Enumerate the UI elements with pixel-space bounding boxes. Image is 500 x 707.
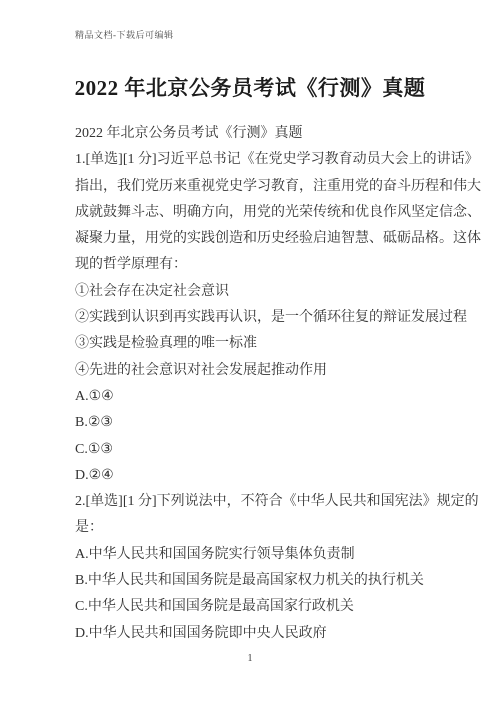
question-2-option-b: B.中华人民共和国国务院是最高国家权力机关的执行机关 [75, 568, 431, 594]
question-2-option-d: D.中华人民共和国国务院即中央人民政府 [75, 621, 431, 647]
question-1-stem-line: 成就鼓舞斗志、明确方向，用党的光荣传统和优良作风坚定信念、 [75, 200, 431, 226]
page-number: 1 [0, 653, 500, 664]
question-1-stem-line: 凝聚力量，用党的实践创造和历史经验启迪智慧、砥砺品格。这体 [75, 226, 431, 252]
question-1-stem-line: 现的哲学原理有： [75, 252, 431, 278]
question-1-statement-1: ①社会存在决定社会意识 [75, 279, 431, 305]
question-1-stem-line: 指出，我们党历来重视党史学习教育，注重用党的奋斗历程和伟大 [75, 174, 431, 200]
question-1-option-c: C.①③ [75, 437, 431, 463]
document-page: 精品文档-下载后可编辑 2022 年北京公务员考试《行测》真题 2022 年北京… [0, 0, 500, 707]
question-2-option-c: C.中华人民共和国国务院是最高国家行政机关 [75, 594, 431, 620]
question-2-stem-line: 是： [75, 515, 431, 541]
question-1-stem-line: 1.[单选][1 分]习近平总书记《在党史学习教育动员大会上的讲话》 [75, 147, 431, 173]
question-2-option-a: A.中华人民共和国国务院实行领导集体负责制 [75, 542, 431, 568]
document-body: 2022 年北京公务员考试《行测》真题 1.[单选][1 分]习近平总书记《在党… [75, 121, 431, 647]
question-1-statement-3: ③实践是检验真理的唯一标准 [75, 331, 431, 357]
question-1-option-b: B.②③ [75, 410, 431, 436]
question-2-stem-line: 2.[单选][1 分]下列说法中，不符合《中华人民共和国宪法》规定的 [75, 489, 431, 515]
question-1-option-d: D.②④ [75, 463, 431, 489]
document-subtitle: 2022 年北京公务员考试《行测》真题 [75, 121, 431, 147]
question-1-statement-2: ②实践到认识到再实践再认识，是一个循环往复的辩证发展过程 [75, 305, 431, 331]
document-title: 2022 年北京公务员考试《行测》真题 [0, 72, 500, 102]
watermark-note: 精品文档-下载后可编辑 [75, 28, 174, 41]
question-1-option-a: A.①④ [75, 384, 431, 410]
question-1-statement-4: ④先进的社会意识对社会发展起推动作用 [75, 358, 431, 384]
